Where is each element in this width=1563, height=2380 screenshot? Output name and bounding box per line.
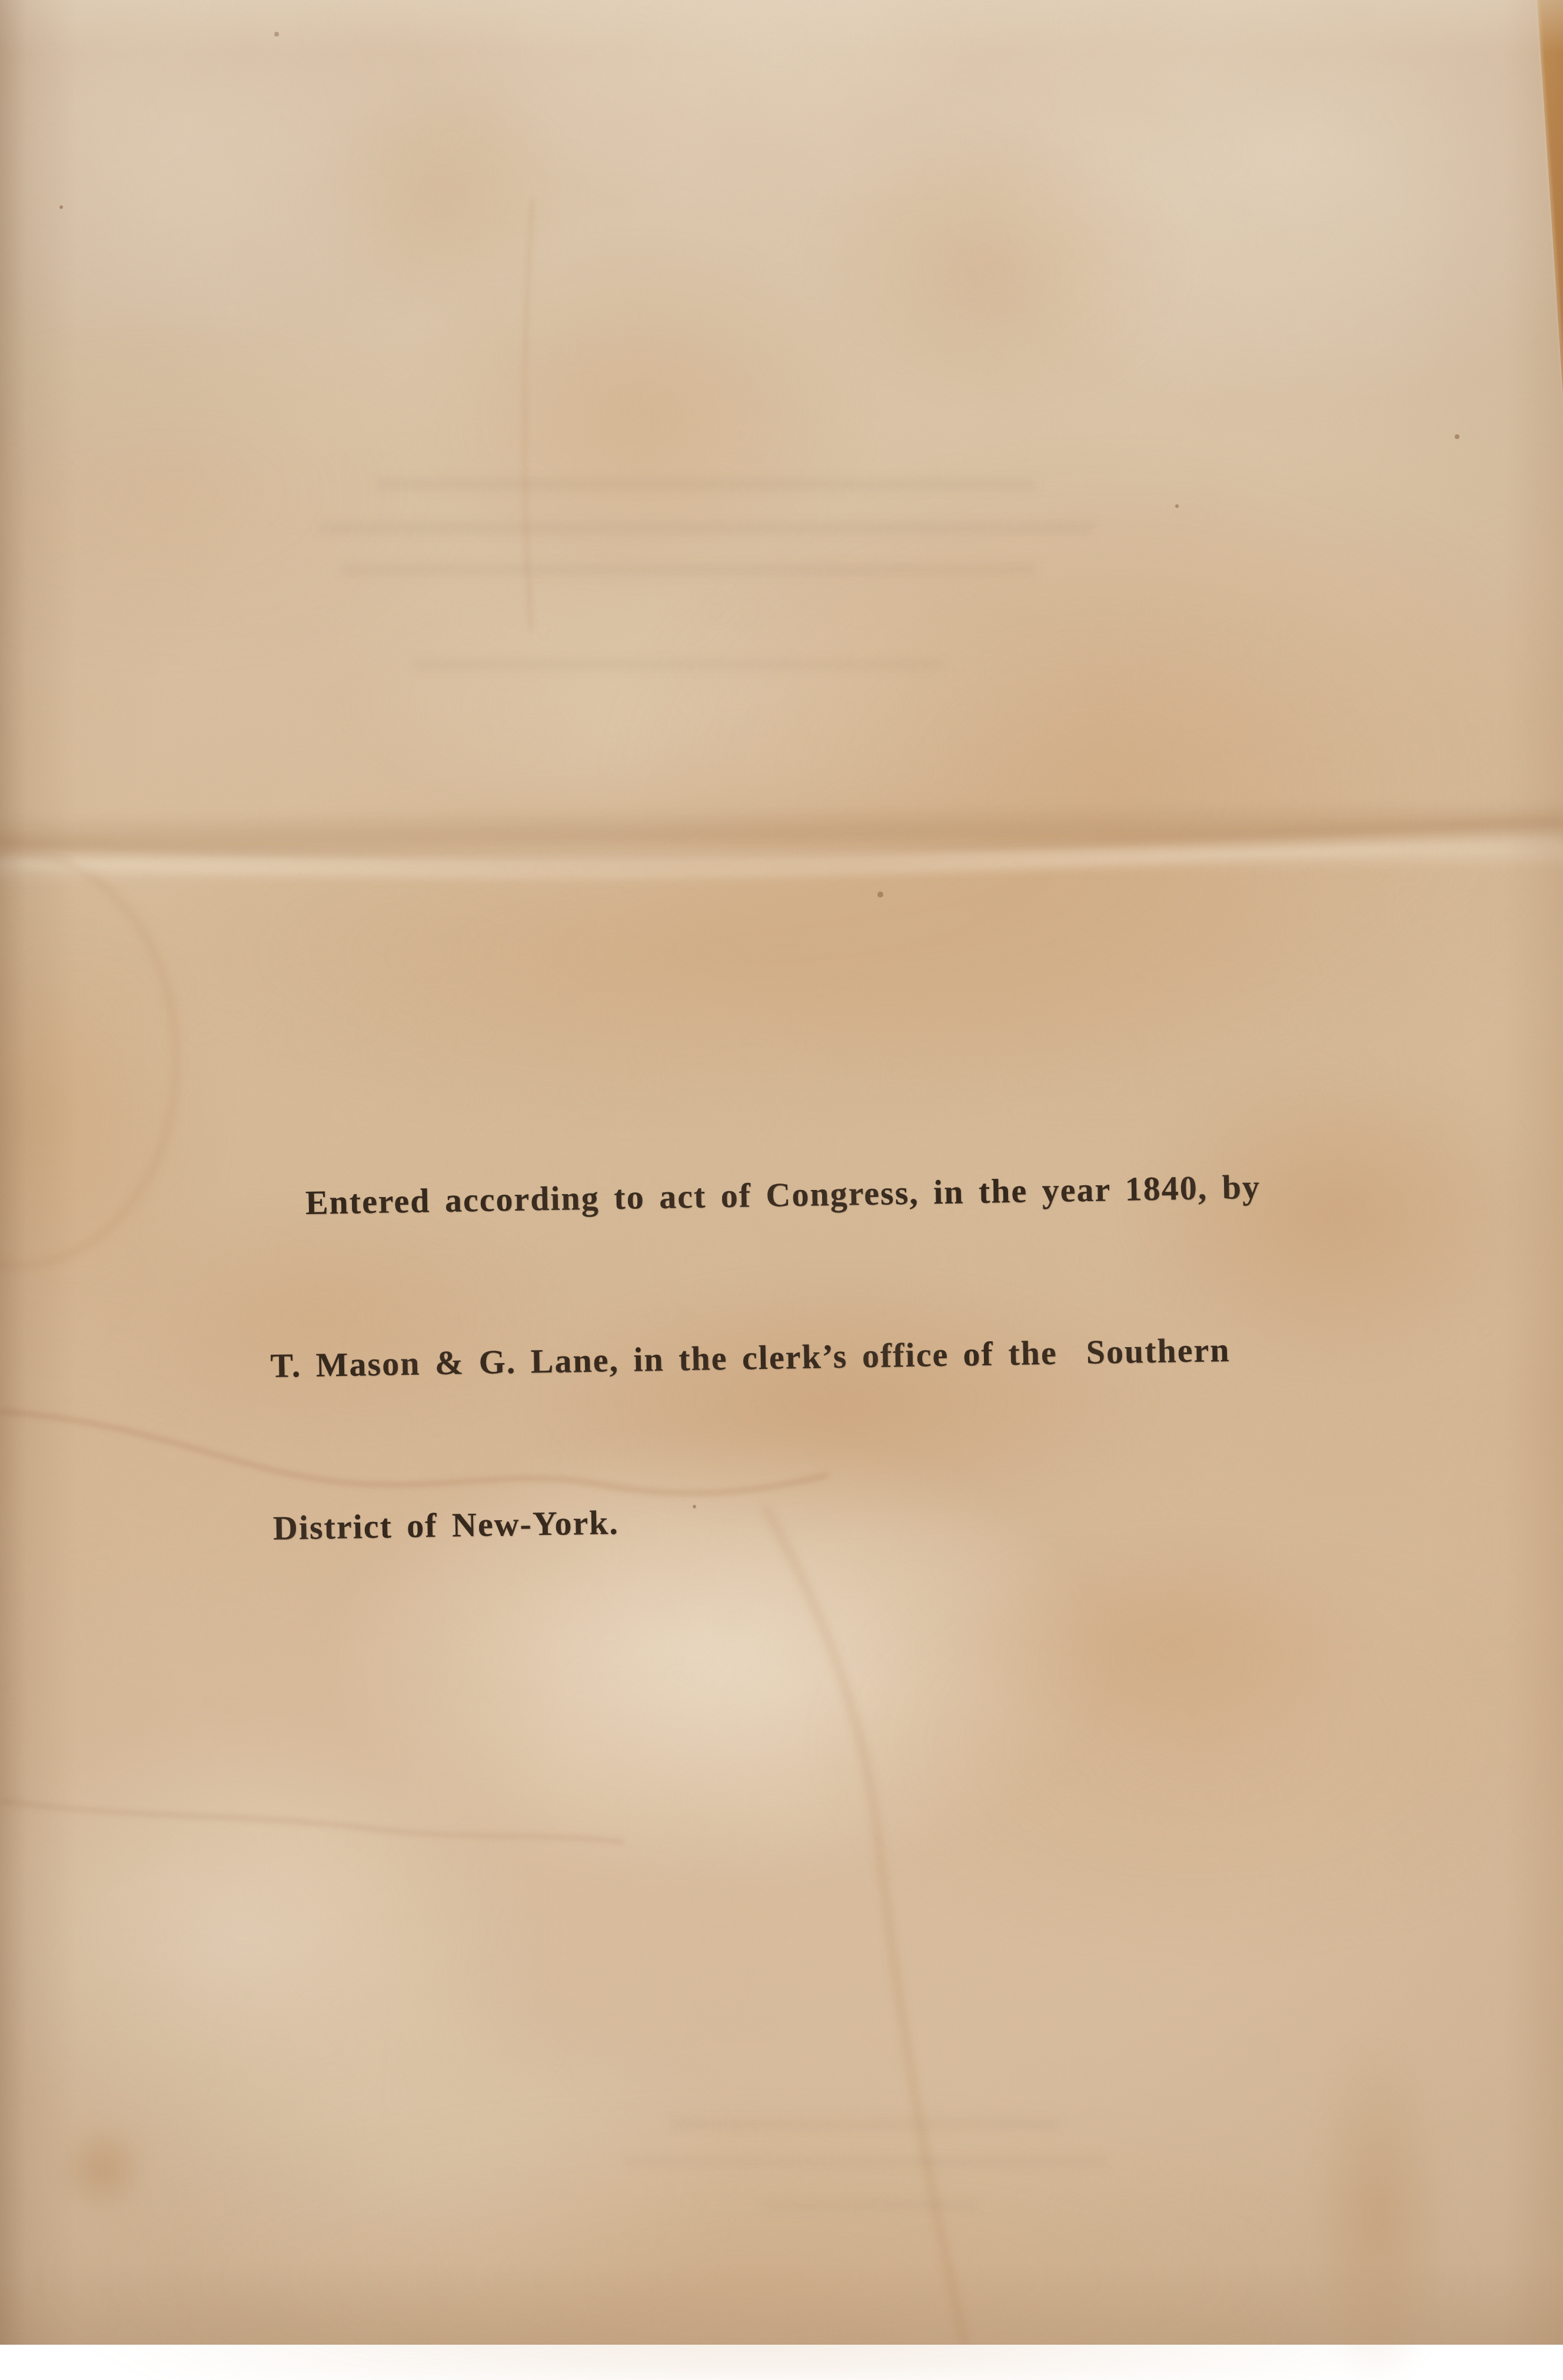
copyright-notice: Entered according to act of Congress, in… (265, 1048, 1469, 1664)
ghost-text-band (624, 2158, 1106, 2167)
large-scale-noise (0, 0, 1563, 2345)
show-through-ghost-text (318, 478, 1106, 2209)
speck (877, 892, 883, 898)
ghost-text-band (341, 564, 1036, 576)
notice-line-3: District of New-York. (272, 1481, 1468, 1555)
ghost-text-band (671, 2119, 1059, 2129)
speck (693, 1505, 696, 1508)
wavy-crease-bottom-left (0, 1801, 624, 1842)
paper-light-patches (0, 0, 1563, 2345)
ring-stain-left (0, 853, 177, 1265)
stain-edges-and-ghost-marks (0, 0, 1563, 2345)
ghost-text-band (377, 478, 1036, 491)
next-page-edge-reveal (1529, 0, 1563, 394)
fine-grain-noise (0, 0, 1563, 2345)
speck (1175, 504, 1179, 508)
horizontal-fold-crease (0, 797, 1563, 883)
notice-line-2: T. Mason & G. Lane, in the clerk’s offic… (270, 1319, 1465, 1393)
crease-and-stain-lines (0, 820, 1563, 2345)
fine-stain-lines (0, 200, 829, 1842)
crease-highlight-line (0, 839, 1563, 875)
speck (59, 205, 63, 209)
paper-stain-mottle (0, 0, 1563, 2345)
gutter-and-edge-vignette (0, 0, 1563, 2345)
crease-shadow-line (0, 820, 1563, 856)
speck (1455, 434, 1459, 439)
page-edge-highlight (1536, 0, 1563, 397)
ghost-text-band (412, 659, 942, 670)
ghost-text-band (318, 521, 1095, 534)
speck (274, 32, 279, 36)
paper-grain-texture (0, 0, 1563, 2345)
notice-line-1: Entered according to act of Congress, in… (267, 1156, 1462, 1231)
stain-tideline-below-text (0, 1411, 829, 1493)
stain-edge-arc-right (765, 1507, 965, 2345)
ghost-text-band (765, 2201, 977, 2209)
vertical-crease-top-left (525, 200, 533, 630)
aged-paper-page: Entered according to act of Congress, in… (0, 0, 1563, 2345)
foxing-speckles (59, 32, 1459, 1508)
